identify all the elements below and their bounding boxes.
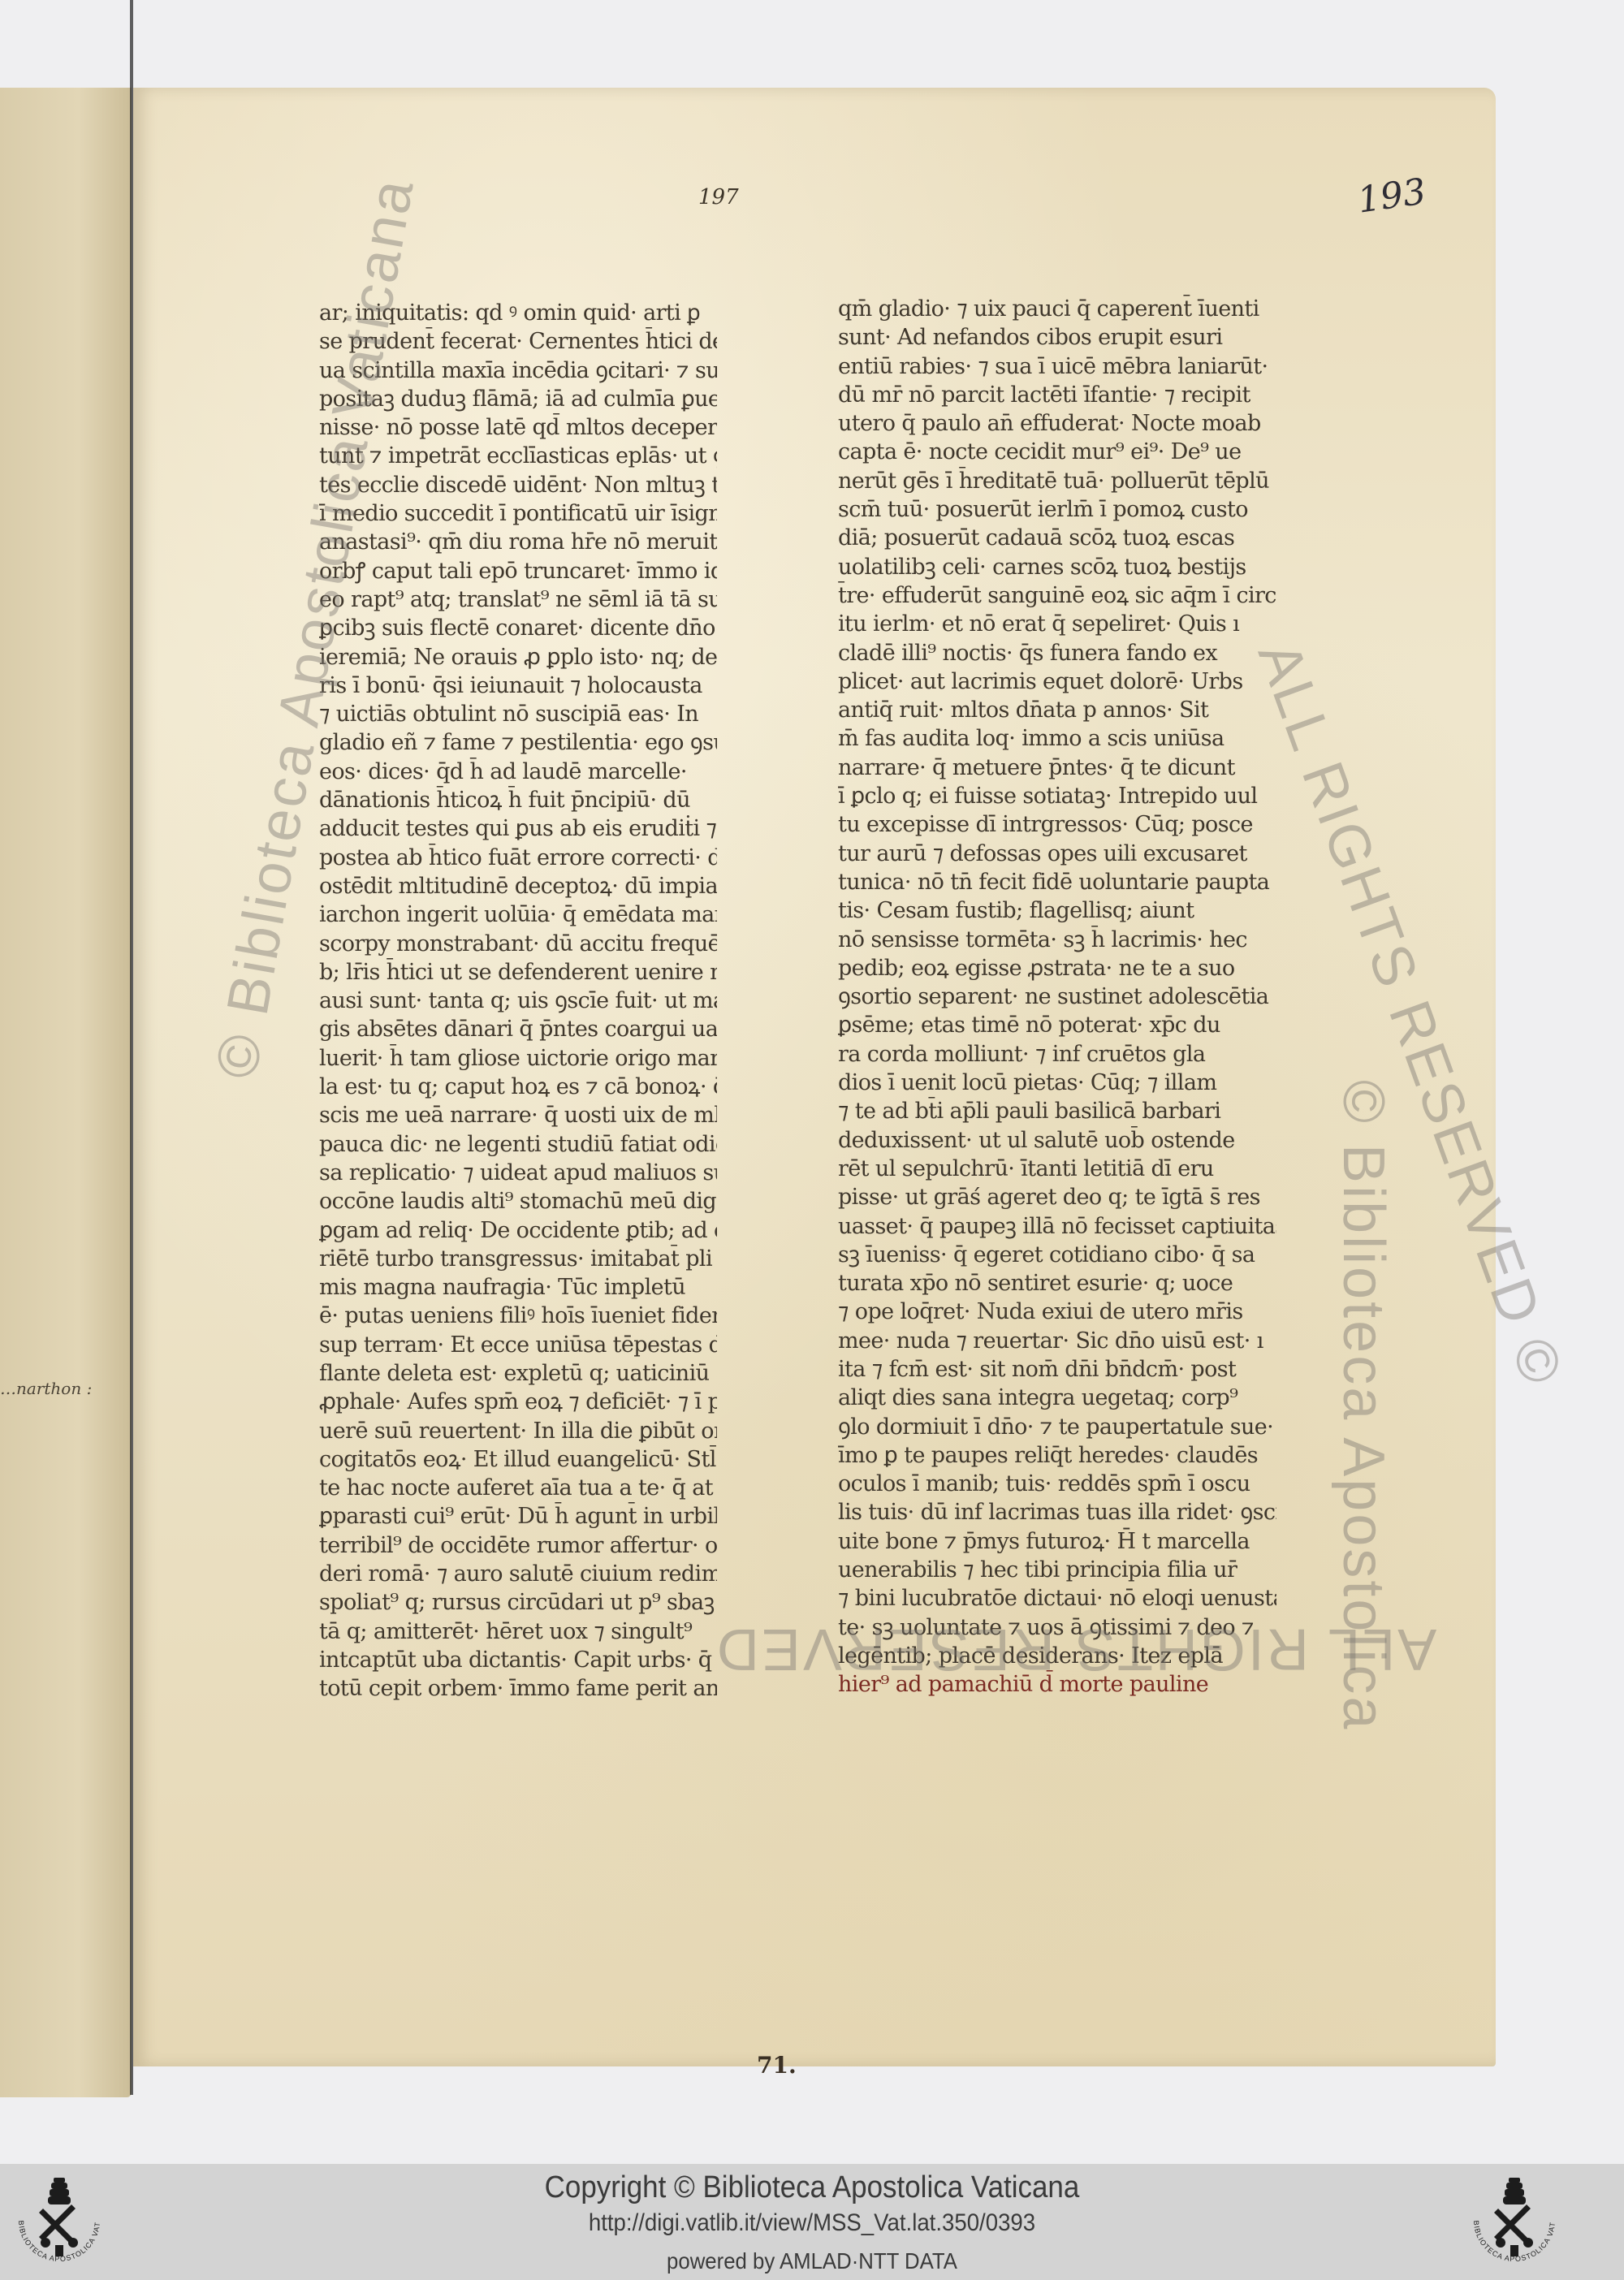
manuscript-line: ꝑparasti cui⁹ erūt· Dū h̄ agunt̄ in urbi… [319,1502,717,1531]
manuscript-line: ⁊ uictiās obtulint nō suscipiā eas· In [319,700,717,728]
manuscript-line: mis magna naufragia· Tūc impletū [319,1273,717,1302]
manuscript-line: pisse· ut grāś ageret deo q; te īgtā s̄ … [838,1183,1276,1211]
svg-text:BIBLIOTECA APOSTOLICA VATICANA: BIBLIOTECA APOSTOLICA VATICANA [1462,2168,1557,2263]
manuscript-line: rēt ul sepulchrū· ītanti letitiā dī eru [838,1155,1276,1183]
manuscript-line: positaꝫ duduꝫ flāmā; iā ad culmīa ꝑue [319,385,717,413]
manuscript-line: ⁊ ope loq̄ret· Nuda exiui de utero mr̄is [838,1298,1276,1326]
manuscript-line: intcaptūt uba dictantis· Capit urbs· q̄ [319,1646,717,1674]
manuscript-line: gis absētes dānari q̄ p̄ntes coargui ua [319,1015,717,1043]
manuscript-line: scm̄ tuū· posuerūt ierlm̄ ī pomoꝝ custo [838,495,1276,524]
manuscript-line: ꝑsēme; etas timē nō poterat· xp̄c du [838,1011,1276,1039]
manuscript-line: nerūt gēs ī h̄reditatē tuā· polluerūt tē… [838,467,1276,495]
left-margin-note: …narthon : [0,1379,92,1398]
manuscript-line: turata xp̄o nō sentiret esurie· q; uoce [838,1269,1276,1298]
manuscript-line: te hac nocte auferet aīa tua a te· q̄ at [319,1474,717,1502]
manuscript-line: īmo ꝑ te paupes reliq̄t heredes· claudēs [838,1441,1276,1470]
manuscript-line: ꝓphale· Aufes spm̄ eoꝝ ⁊ deficiēt· ⁊ ī p… [319,1388,717,1416]
manuscript-line: uerē suū reuertent· In illa die ꝑibūt om… [319,1417,717,1445]
manuscript-line: iarchon ingerit uolūia· q̄ emēdata manu [319,900,717,929]
manuscript-line: dū mr̄ nō parcit lactēti īfantie· ⁊ reci… [838,381,1276,409]
manuscript-line: spoliat⁹ q; rursus circūdari ut p⁹ sbaꝫ … [319,1588,717,1617]
manuscript-line: luerit· h̄ tam gliose uictorie origo mar… [319,1044,717,1073]
manuscript-line: ra corda molliunt· ⁊ inf cruētos gla [838,1040,1276,1069]
manuscript-line: anastasi⁹· qm̄ diu roma hr̄e nō meruit· … [319,528,717,556]
old-folio-number: 197 [698,185,739,209]
manuscript-line: utero q̄ paulo an̄ effuderat· Nocte moab [838,409,1276,438]
manuscript-line: ostēdit mltitudinē deceptoꝝ· dū impia ꝑ [319,872,717,900]
manuscript-line: tis· Cesam fustib; flagellisq; aiunt [838,896,1276,925]
left-page-edge: …narthon : [0,88,132,2097]
manuscript-line: ar; iniquitatis: qd ꝰ omin quid· arti ꝑ [319,299,717,327]
manuscript-line: cladē illi⁹ noctis· q̄s funera fando ex [838,639,1276,667]
manuscript-line: te· sꝫ uoluntate ⁊ uos ā ꝯtissimi ⁊ deo … [838,1613,1276,1642]
manuscript-line: mee· nuda ⁊ reuertar· Sic dn̄o uisū est·… [838,1327,1276,1355]
manuscript-line: ī medio succedit ī pontificatū uir īsign… [319,499,717,528]
rubric-line: hier⁹ ad pamachiū d̄ morte pauline [838,1670,1276,1699]
manuscript-line: capta ē· nocte cecidit mur⁹ ei⁹· De⁹ ue [838,438,1276,466]
manuscript-scan: …narthon : 197 193 71. ar; iniquitatis: … [0,0,1624,2164]
svg-text:BIBLIOTECA APOSTOLICA VATICANA: BIBLIOTECA APOSTOLICA VATICANA [6,2168,101,2263]
manuscript-line: diā; posuerūt cadauā scōꝝ tuoꝝ escas [838,524,1276,552]
bottom-quire-mark: 71. [757,2052,797,2079]
manuscript-line: nō sensisse tormēta· sꝫ h̄ lacrimis· hec [838,926,1276,954]
manuscript-line: tes ecclie discedē uidēnt· Non mltuꝫ tps… [319,471,717,499]
manuscript-line: sunt· Ad nefandos cibos erupit esuri [838,323,1276,352]
manuscript-line: pauca dic· ne legenti studiū fatiat odio [319,1130,717,1159]
manuscript-line: qm̄ gladio· ⁊ uix pauci q̄ caperent̄ īue… [838,295,1276,323]
manuscript-line: scis me ueā narrare· q̄ uosti uix de mlt… [319,1101,717,1129]
manuscript-line: dānationis h̄ticoꝝ h̄ fuit p̄ncipiū· dū [319,786,717,814]
manuscript-line: occōne laudis alti⁹ stomachū meū digerē [319,1187,717,1216]
manuscript-line: t̄re· effuderūt sanguinē eoꝝ sic aq̄m ī … [838,581,1276,610]
manuscript-line: se prudent̄ fecerat· Cernentes h̄tici de… [319,327,717,356]
manuscript-line: scorpy monstrabant· dū accitu frequēti [319,930,717,958]
manuscript-line: entiū rabies· ⁊ sua ī uicē mēbra laniarū… [838,352,1276,381]
manuscript-line: ⁊ te ad bt̄i ap̄li pauli basilicā barbar… [838,1097,1276,1125]
manuscript-line: legēntib; placē desiderans· Itez eplā [838,1642,1276,1670]
vatican-library-logo-icon: BIBLIOTECA APOSTOLICA VATICANA [1462,2168,1567,2274]
manuscript-line: pedib; eoꝝ egisse ꝓstrata· ne te a suo [838,954,1276,982]
manuscript-line: ē· putas ueniens filiꝰ hoīs īueniet fide… [319,1302,717,1330]
manuscript-line: gladio eñ ⁊ fame ⁊ pestilentia· ego ꝯsum… [319,728,717,757]
manuscript-line: ua scintilla maxīa incēdia ꝯcitari· ⁊ su… [319,356,717,385]
manuscript-line: itu ierlm· et nō erat q̄ sepeliret· Quis… [838,610,1276,638]
manuscript-line: sꝫ īueniss· q̄ egeret cotidiano cibo· q̄… [838,1241,1276,1269]
manuscript-line: cogitatōs eoꝝ· Et illud euangelicū· Stl̄ [319,1445,717,1474]
manuscript-line: oculos ī manib; tuis· reddēs spm̄ ī oscu [838,1470,1276,1498]
manuscript-line: m̄ fas audita loq· immo a scis uniūsa [838,724,1276,753]
permalink-url[interactable]: http://digi.vatlib.it/view/MSS_Vat.lat.3… [65,2209,1559,2237]
manuscript-line: uite bone ⁊ p̄mys futuroꝝ· H̄ t marcella [838,1527,1276,1556]
manuscript-line: nisse· nō posse latē qd̄ mltos deceperat… [319,413,717,442]
manuscript-line: aliqt dies sana integra uegetaq; corp⁹ [838,1384,1276,1412]
manuscript-line: tu excepisse dī intrgressos· Cūq; posce [838,810,1276,839]
manuscript-line: ꝑcibꝫ suis flectē conaret· dicente dn̄o … [319,614,717,642]
manuscript-line: postea ab h̄tico fuāt errore correcti· d… [319,844,717,872]
manuscript-line: ꝑgam ad reliq· De occidente ꝑtib; ad o [319,1216,717,1245]
manuscript-line: tā q; amitterēt· hēret uox ⁊ singult⁹ [319,1617,717,1646]
manuscript-line: dios ī uenit locū pietas· Cūq; ⁊ illam [838,1069,1276,1097]
manuscript-line: uasset· q̄ paupeꝫ illā nō fecisset capti… [838,1212,1276,1241]
manuscript-line: ieremiā; Ne orauis ꝓ ꝑplo isto· nq; depc… [319,643,717,671]
manuscript-line: totū cepit orbem· īmmo fame perit an [319,1674,717,1703]
manuscript-line: ꝯsortio separent· ne sustinet adolescēti… [838,982,1276,1011]
manuscript-line: uolatilibꝫ celi· carnes scōꝝ tuoꝝ bestij… [838,553,1276,581]
manuscript-line: flante deleta est· expletū q; uaticiniū [319,1359,717,1388]
manuscript-line: ꝯlo dormiuit ī dn̄o· ⁊ te paupertatule s… [838,1413,1276,1441]
manuscript-line: tunt ⁊ impetrāt ecclīasticas eplās· ut ꝯ… [319,442,717,470]
vatican-library-logo-icon: BIBLIOTECA APOSTOLICA VATICANA [6,2168,112,2274]
manuscript-line: sup terram· Et ecce uniūsa tēpestas dn̄o [319,1331,717,1359]
copyright-footer: Copyright © Biblioteca Apostolica Vatica… [0,2164,1624,2280]
manuscript-line: la est· tu q; caput hoꝝ es ⁊ cā bonoꝝ· q… [319,1073,717,1101]
manuscript-line: riētē turbo transgressus· imitabat̄ pli [319,1245,717,1273]
powered-by-text: powered by AMLAD·NTT DATA [65,2248,1559,2274]
manuscript-line: deduxissent· ut ul salutē uob̄ ostende [838,1126,1276,1155]
manuscript-line: tunica· nō tn̄ fecit fidē uoluntarie pau… [838,868,1276,896]
manuscript-line: adducit testes qui ꝑus ab eis erudiṫi ⁊ [319,814,717,843]
manuscript-line: orbꝭ caput tali epō truncaret· īmmo idē [319,557,717,585]
manuscript-line: eos· dices· q̄d h̄ ad laudē marcelle· [319,758,717,786]
manuscript-line: ⁊ bini lucubratōe dictaui· nō eloqi uenu… [838,1584,1276,1613]
manuscript-line: b; lr̄is h̄tici ut se defenderent uenire… [319,958,717,987]
manuscript-line: plicet· aut lacrimis equet dolorē· Urbs [838,667,1276,696]
manuscript-line: eo rapt⁹ atq; translat⁹ ne sēml iā tā su… [319,585,717,614]
manuscript-line: ita ⁊ fcm̄ est· sit nom̄ dn̄i bn̄dcm̄· p… [838,1355,1276,1384]
copyright-text: Copyright © Biblioteca Apostolica Vatica… [65,2170,1559,2205]
manuscript-line: lis tuis· dū inf lacrimas tuas illa ride… [838,1498,1276,1526]
text-column-right: qm̄ gladio· ⁊ uix pauci q̄ caperent̄ īue… [838,295,1276,1699]
manuscript-line: narrare· q̄ metuere p̄ntes· q̄ te dicunt [838,754,1276,782]
manuscript-line: ausi sunt· tanta q; uis ꝯscīe fuit· ut m… [319,987,717,1015]
manuscript-line: uenerabilis ⁊ hec tibi principia filia u… [838,1556,1276,1584]
manuscript-line: ī ꝑclo q; ei fuisse sotiataꝫ· Intrepido … [838,782,1276,810]
manuscript-line: terribil⁹ de occidēte rumor affertur· ob… [319,1531,717,1560]
manuscript-line: antiq̄ ruit· mltos dn̄ata p annos· Sit [838,696,1276,724]
manuscript-line: deri romā· ⁊ auro salutē ciuium redimi· [319,1560,717,1588]
manuscript-line: tur aurū ⁊ defossas opes uili excusaret [838,840,1276,868]
manuscript-line: sa replicatio· ⁊ uideat apud maliuos sub [319,1159,717,1187]
text-column-left: ar; iniquitatis: qd ꝰ omin quid· arti ꝑs… [319,299,717,1704]
manuscript-line: ris ī bonū· q̄si ieiunauit ⁊ holocausta [319,671,717,700]
